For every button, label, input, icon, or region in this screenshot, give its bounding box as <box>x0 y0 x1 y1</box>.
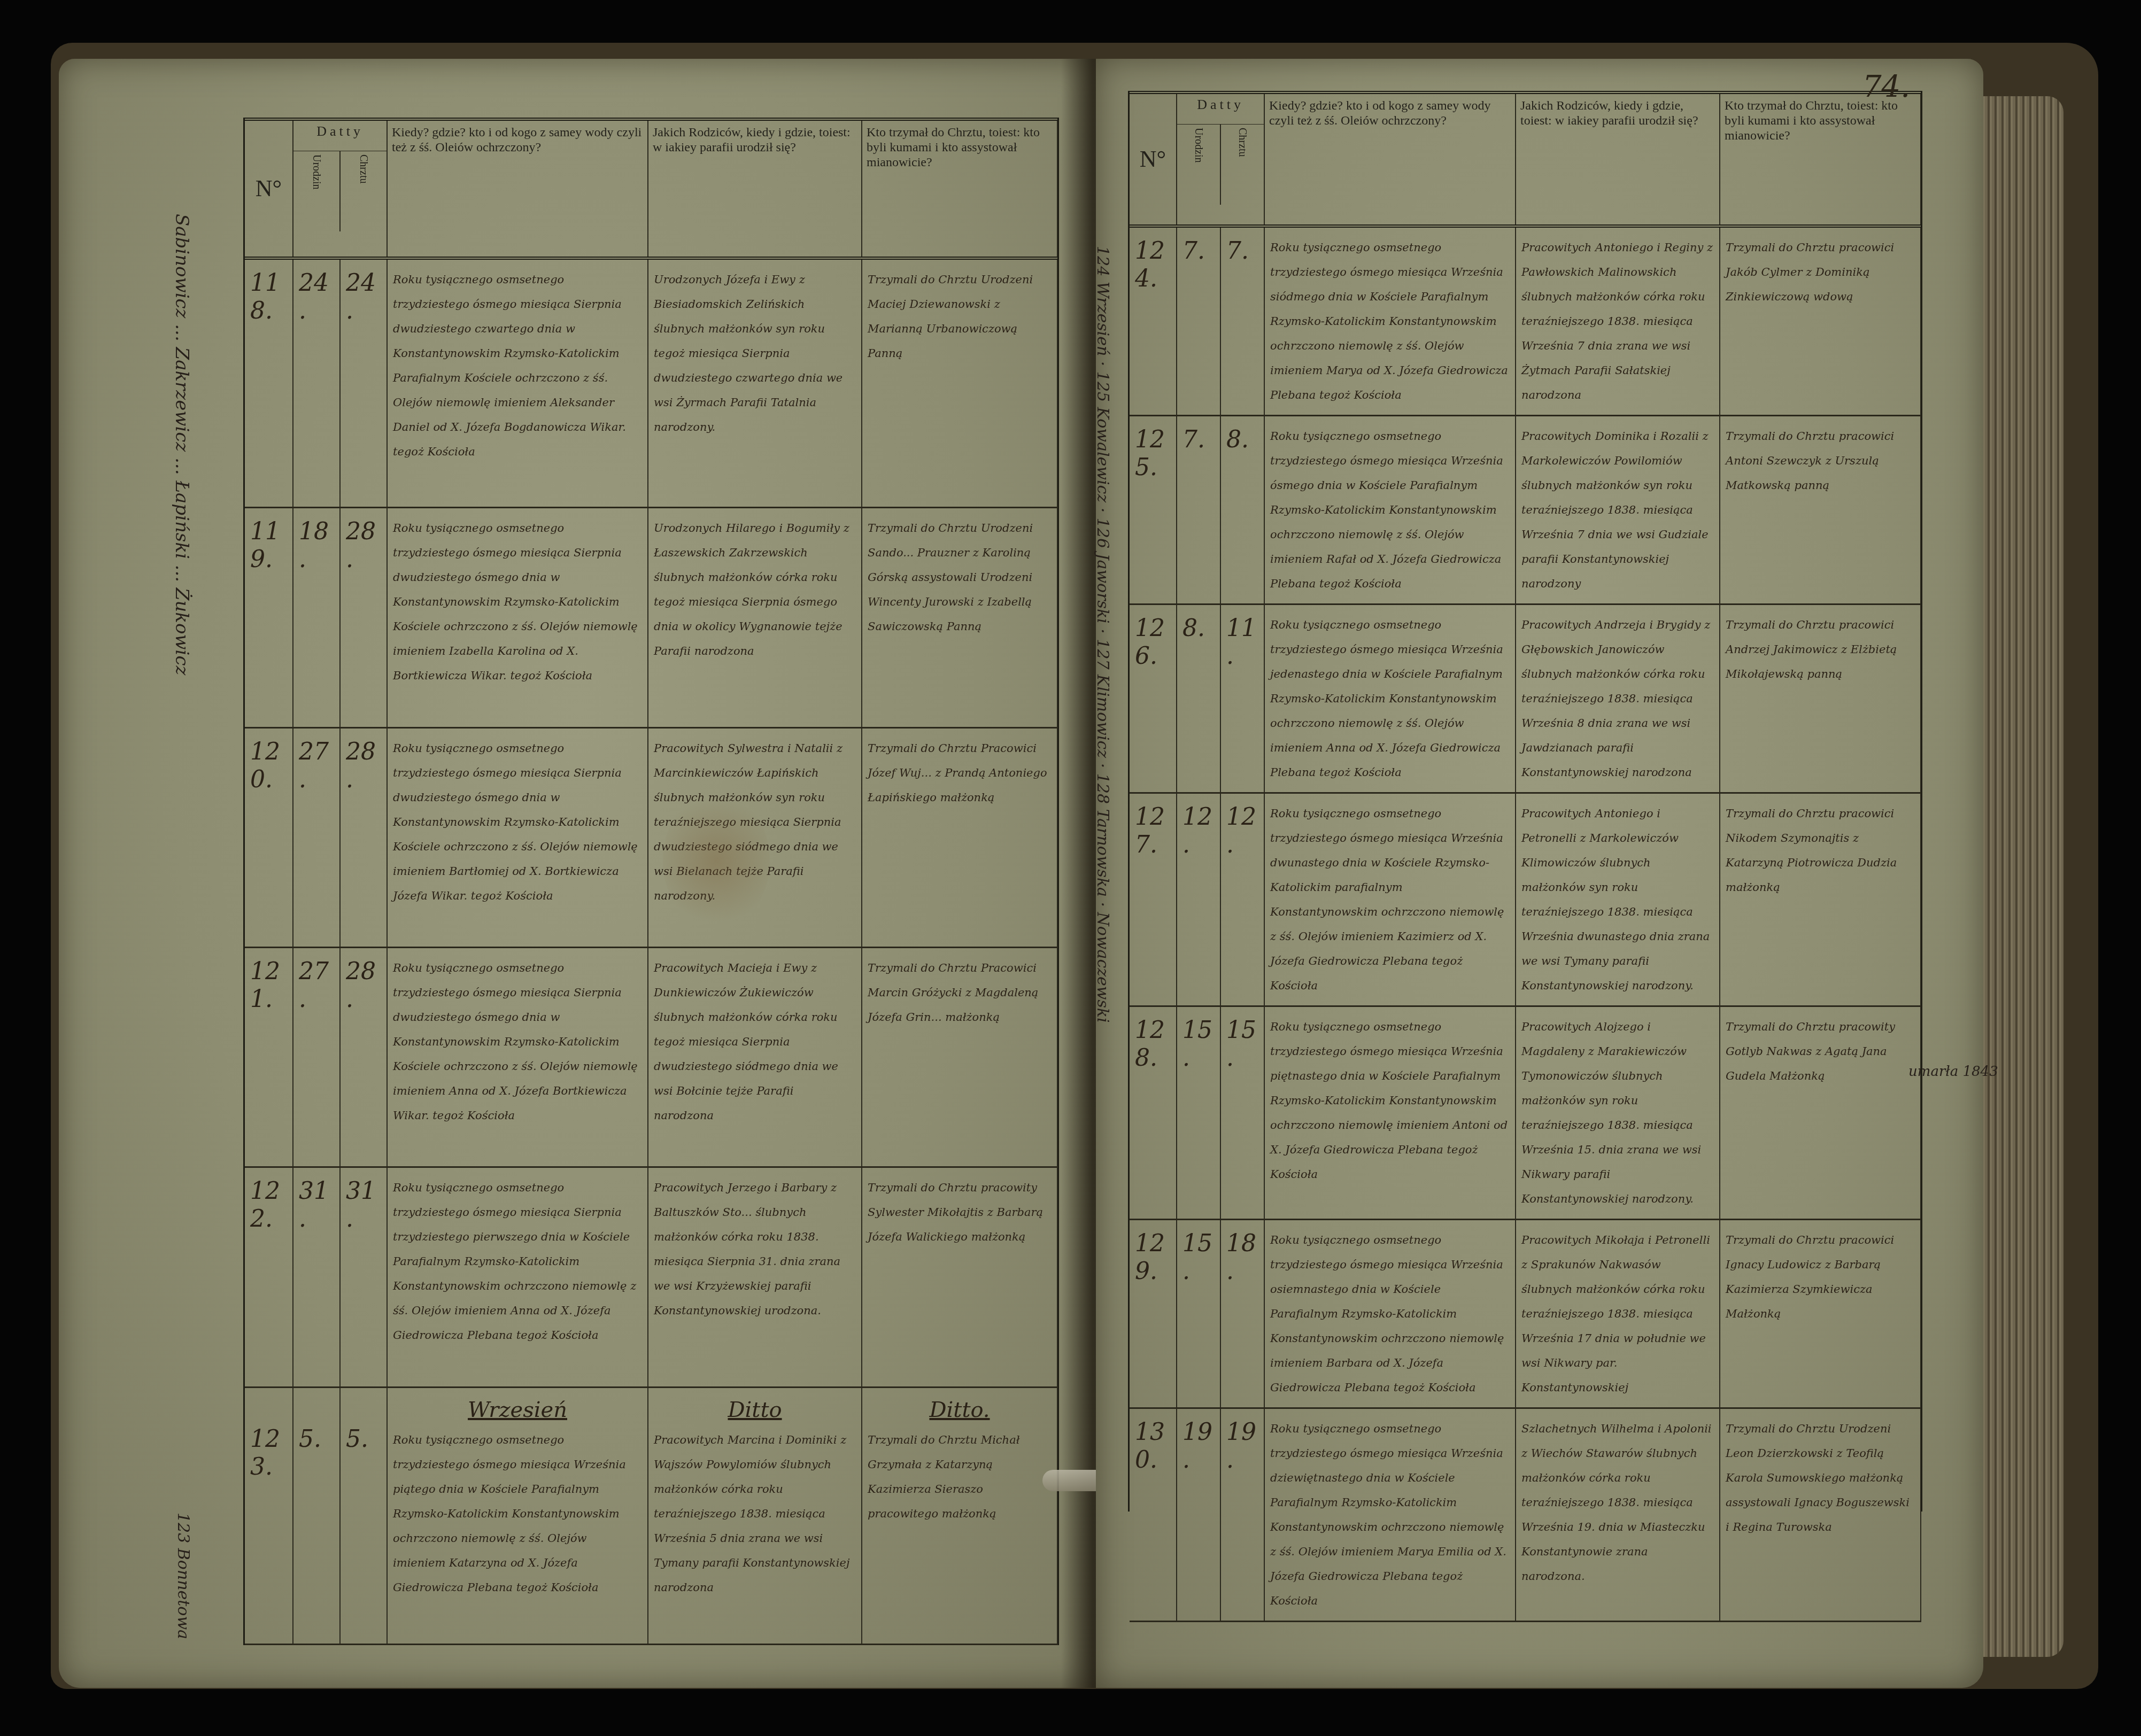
baptism-record: Roku tysiącznego osmsetnego trzydziesteg… <box>1264 226 1516 416</box>
header-when-where: Kiedy? gdzie? kto i od kogo z samey wody… <box>387 119 648 258</box>
baptism-date: 12. <box>1220 793 1264 1006</box>
entry-number: 123. <box>245 1387 293 1644</box>
birth-date: 27. <box>293 947 340 1167</box>
header-when-where: Kiedy? gdzie? kto i od kogo z samey wody… <box>1264 92 1516 226</box>
left-page: Sabinowicz ... Zakrzewicz ... Łapiński .… <box>59 59 1096 1688</box>
birth-date: 15. <box>1177 1006 1220 1220</box>
left-margin-note-names: Sabinowicz ... Zakrzewicz ... Łapiński .… <box>171 214 192 675</box>
godparents-record: Trzymali do Chrztu pracowity Gotlyb Nakw… <box>1720 1006 1921 1220</box>
ink-stain <box>663 791 770 930</box>
parents-record: Pracowitych Antoniego i Reginy z Pawłows… <box>1516 226 1720 416</box>
month-heading: Wrzesień <box>393 1396 642 1424</box>
birth-date: 27. <box>293 727 340 947</box>
baptism-date: 5. <box>340 1387 387 1644</box>
ditto-heading: Ditto <box>654 1396 856 1424</box>
baptism-date: 31. <box>340 1167 387 1387</box>
left-margin-note-bottom: 123 Bonnetowa <box>174 1513 192 1639</box>
header-parents: Jakich Rodziców, kiedy i gdzie, toiest: … <box>1516 92 1720 226</box>
header-baptism-date: Chrztu <box>339 151 387 231</box>
birth-date: 24. <box>293 258 340 508</box>
entry-number: 118. <box>245 258 293 508</box>
parents-record: Pracowitych Dominika i Rozalii z Markole… <box>1516 416 1720 604</box>
parents-record-text: Pracowitych Marcina i Dominiki z Wajszów… <box>654 1433 849 1594</box>
baptism-record: Roku tysiącznego osmsetnego trzydziesteg… <box>1264 1408 1516 1622</box>
entry-number: 127. <box>1130 793 1177 1006</box>
parents-record: Szlachetnych Wilhelma i Apolonii z Wiech… <box>1516 1408 1720 1622</box>
register-entry-120: 120. 27. 28. Roku tysiącznego osmsetnego… <box>245 727 1057 947</box>
baptism-date: 15. <box>1220 1006 1264 1220</box>
parents-record: Urodzonych Hilarego i Bogumiły z Łaszews… <box>648 508 862 727</box>
margin-note-item: 128 Tarnowska <box>1093 773 1112 897</box>
birth-date: 18. <box>293 508 340 727</box>
godparents-record: Trzymali do Chrztu Urodzeni Maciej Dziew… <box>862 258 1057 508</box>
ditto-heading: Ditto. <box>868 1396 1052 1424</box>
parents-record: Pracowitych Andrzeja i Brygidy z Głębows… <box>1516 604 1720 793</box>
baptism-record: Roku tysiącznego osmsetnego trzydziesteg… <box>387 508 648 727</box>
baptism-record: Roku tysiącznego osmsetnego trzydziesteg… <box>387 727 648 947</box>
header-godparents: Kto trzymał do Chrztu, toiest: kto byli … <box>862 119 1057 258</box>
entry-number: 128. <box>1130 1006 1177 1220</box>
page-number: 74. <box>1862 69 1910 104</box>
parents-record: Urodzonych Józefa i Ewy z Biesiadomskich… <box>648 258 862 508</box>
register-table-left: N° Datty Urodzin Chrztu Kiedy? gdzie? kt… <box>243 118 1059 1645</box>
parents-record: Pracowitych Jerzego i Barbary z Baltuszk… <box>648 1167 862 1387</box>
header-dates: Datty Urodzin Chrztu <box>1177 92 1264 226</box>
header-birth-date: Urodzin <box>293 151 339 231</box>
book-page-edges-right <box>1978 96 2063 1657</box>
baptism-date: 28. <box>340 508 387 727</box>
header-birth-date: Urodzin <box>1177 125 1220 205</box>
register-entry-118: 118. 24. 24. Roku tysiącznego osmsetnego… <box>245 258 1057 508</box>
register-entry-119: 119. 18. 28. Roku tysiącznego osmsetnego… <box>245 508 1057 727</box>
header-datty-label: Datty <box>1177 94 1264 112</box>
entry-number: 119. <box>245 508 293 727</box>
birth-date: 7. <box>1177 416 1220 604</box>
header-dates: Datty Urodzin Chrztu <box>293 119 387 258</box>
register-entry-129: 129. 15. 18. Roku tysiącznego osmsetnego… <box>1130 1220 1921 1408</box>
baptism-date: 24. <box>340 258 387 508</box>
baptism-record: Wrzesień Roku tysiącznego osmsetnego trz… <box>387 1387 648 1644</box>
baptism-record: Roku tysiącznego osmsetnego trzydziesteg… <box>387 947 648 1167</box>
godparents-record: Trzymali do Chrztu pracowici Ignacy Ludo… <box>1720 1220 1921 1408</box>
header-parents: Jakich Rodziców, kiedy i gdzie, toiest: … <box>648 119 862 258</box>
baptism-record: Roku tysiącznego osmsetnego trzydziesteg… <box>1264 1220 1516 1408</box>
baptism-record: Roku tysiącznego osmsetnego trzydziesteg… <box>1264 793 1516 1006</box>
baptism-record: Roku tysiącznego osmsetnego trzydziesteg… <box>387 1167 648 1387</box>
entry-number: 124. <box>1130 226 1177 416</box>
entry-number: 130. <box>1130 1408 1177 1622</box>
parents-record: Pracowitych Alojzego i Magdaleny z Marak… <box>1516 1006 1720 1220</box>
right-page: 124 Wrzesień · 125 Kowalewicz · 126 Jawo… <box>1096 59 1983 1688</box>
baptism-date-value: 5. <box>346 1425 368 1453</box>
register-entry-130: 130. 19. 19. Roku tysiącznego osmsetnego… <box>1130 1408 1921 1622</box>
register-entry-123: 123. 5. 5. Wrzesień Roku tysiącznego osm… <box>245 1387 1057 1644</box>
baptism-date: 28. <box>340 727 387 947</box>
register-entry-127: 127. 12. 12. Roku tysiącznego osmsetnego… <box>1130 793 1921 1006</box>
baptism-date: 18. <box>1220 1220 1264 1408</box>
baptism-record: Roku tysiącznego osmsetnego trzydziesteg… <box>1264 604 1516 793</box>
register-entry-125: 125. 7. 8. Roku tysiącznego osmsetnego t… <box>1130 416 1921 604</box>
godparents-record: Trzymali do Chrztu pracowici Antoni Szew… <box>1720 416 1921 604</box>
right-margin-note-left: 124 Wrzesień · 125 Kowalewicz · 126 Jawo… <box>1093 246 1112 1023</box>
header-number: N° <box>1130 92 1177 226</box>
birth-date: 5. <box>293 1387 340 1644</box>
margin-note-item: 124 Wrzesień <box>1093 246 1112 356</box>
baptism-date: 11. <box>1220 604 1264 793</box>
register-entry-124: 124. 7. 7. Roku tysiącznego osmsetnego t… <box>1130 226 1921 416</box>
birth-date: 31. <box>293 1167 340 1387</box>
godparents-record: Trzymali do Chrztu Pracowici Józef Wuj..… <box>862 727 1057 947</box>
birth-date: 15. <box>1177 1220 1220 1408</box>
header-baptism-date: Chrztu <box>1220 125 1264 205</box>
register-entry-128: 128. 15. 15. Roku tysiącznego osmsetnego… <box>1130 1006 1921 1220</box>
baptism-date: 8. <box>1220 416 1264 604</box>
godparents-record: Trzymali do Chrztu Urodzeni Leon Dzierzk… <box>1720 1408 1921 1622</box>
margin-note-item: 126 Jaworski <box>1093 518 1112 624</box>
godparents-record: Trzymali do Chrztu pracowici Jakób Cylme… <box>1720 226 1921 416</box>
godparents-record: Trzymali do Chrztu pracowici Andrzej Jak… <box>1720 604 1921 793</box>
header-godparents: Kto trzymał do Chrztu, toiest: kto byli … <box>1720 92 1921 226</box>
birth-date-value: 5. <box>299 1425 321 1453</box>
godparents-record-text: Trzymali do Chrztu Michał Grzymała z Kat… <box>868 1433 1019 1520</box>
birth-date: 7. <box>1177 226 1220 416</box>
baptism-date: 28. <box>340 947 387 1167</box>
birth-date: 19. <box>1177 1408 1220 1622</box>
entry-number: 121. <box>245 947 293 1167</box>
header-datty-label: Datty <box>293 121 387 139</box>
margin-note-item: 127 Klimowicz <box>1093 639 1112 758</box>
parents-record: Pracowitych Antoniego i Petronelli z Mar… <box>1516 793 1720 1006</box>
parents-record: Pracowitych Mikołaja i Petronelli z Spra… <box>1516 1220 1720 1408</box>
entry-number-value: 123. <box>250 1425 280 1481</box>
baptism-record-text: Roku tysiącznego osmsetnego trzydziesteg… <box>393 1433 626 1594</box>
margin-note-item: 125 Kowalewicz <box>1093 371 1112 502</box>
godparents-record: Trzymali do Chrztu Urodzeni Sando... Pra… <box>862 508 1057 727</box>
parents-record: Ditto Pracowitych Marcina i Dominiki z W… <box>648 1387 862 1644</box>
birth-date: 12. <box>1177 793 1220 1006</box>
register-entry-126: 126. 8. 11. Roku tysiącznego osmsetnego … <box>1130 604 1921 793</box>
parents-record: Pracowitych Macieja i Ewy z Dunkiewiczów… <box>648 947 862 1167</box>
baptism-record: Roku tysiącznego osmsetnego trzydziesteg… <box>1264 416 1516 604</box>
godparents-record: Ditto. Trzymali do Chrztu Michał Grzymał… <box>862 1387 1057 1644</box>
baptism-record: Roku tysiącznego osmsetnego trzydziesteg… <box>1264 1006 1516 1220</box>
godparents-record: Trzymali do Chrztu Pracowici Marcin Gróż… <box>862 947 1057 1167</box>
godparents-record: Trzymali do Chrztu pracowici Nikodem Szy… <box>1720 793 1921 1006</box>
register-entry-121: 121. 27. 28. Roku tysiącznego osmsetnego… <box>245 947 1057 1167</box>
entry-number: 120. <box>245 727 293 947</box>
entry-number: 125. <box>1130 416 1177 604</box>
birth-date: 8. <box>1177 604 1220 793</box>
entry-number: 129. <box>1130 1220 1177 1408</box>
margin-note-item: Nowaczewski <box>1093 912 1112 1023</box>
header-number: N° <box>245 119 293 258</box>
register-entry-122: 122. 31. 31. Roku tysiącznego osmsetnego… <box>245 1167 1057 1387</box>
baptism-date: 7. <box>1220 226 1264 416</box>
register-table-right: 74. N° Datty Urodzin Chrztu Kiedy? gdzi <box>1128 91 1922 1512</box>
baptism-date: 19. <box>1220 1408 1264 1622</box>
entry-number: 122. <box>245 1167 293 1387</box>
entry-number: 126. <box>1130 604 1177 793</box>
godparents-record: Trzymali do Chrztu pracowity Sylwester M… <box>862 1167 1057 1387</box>
baptism-record: Roku tysiącznego osmsetnego trzydziesteg… <box>387 258 648 508</box>
